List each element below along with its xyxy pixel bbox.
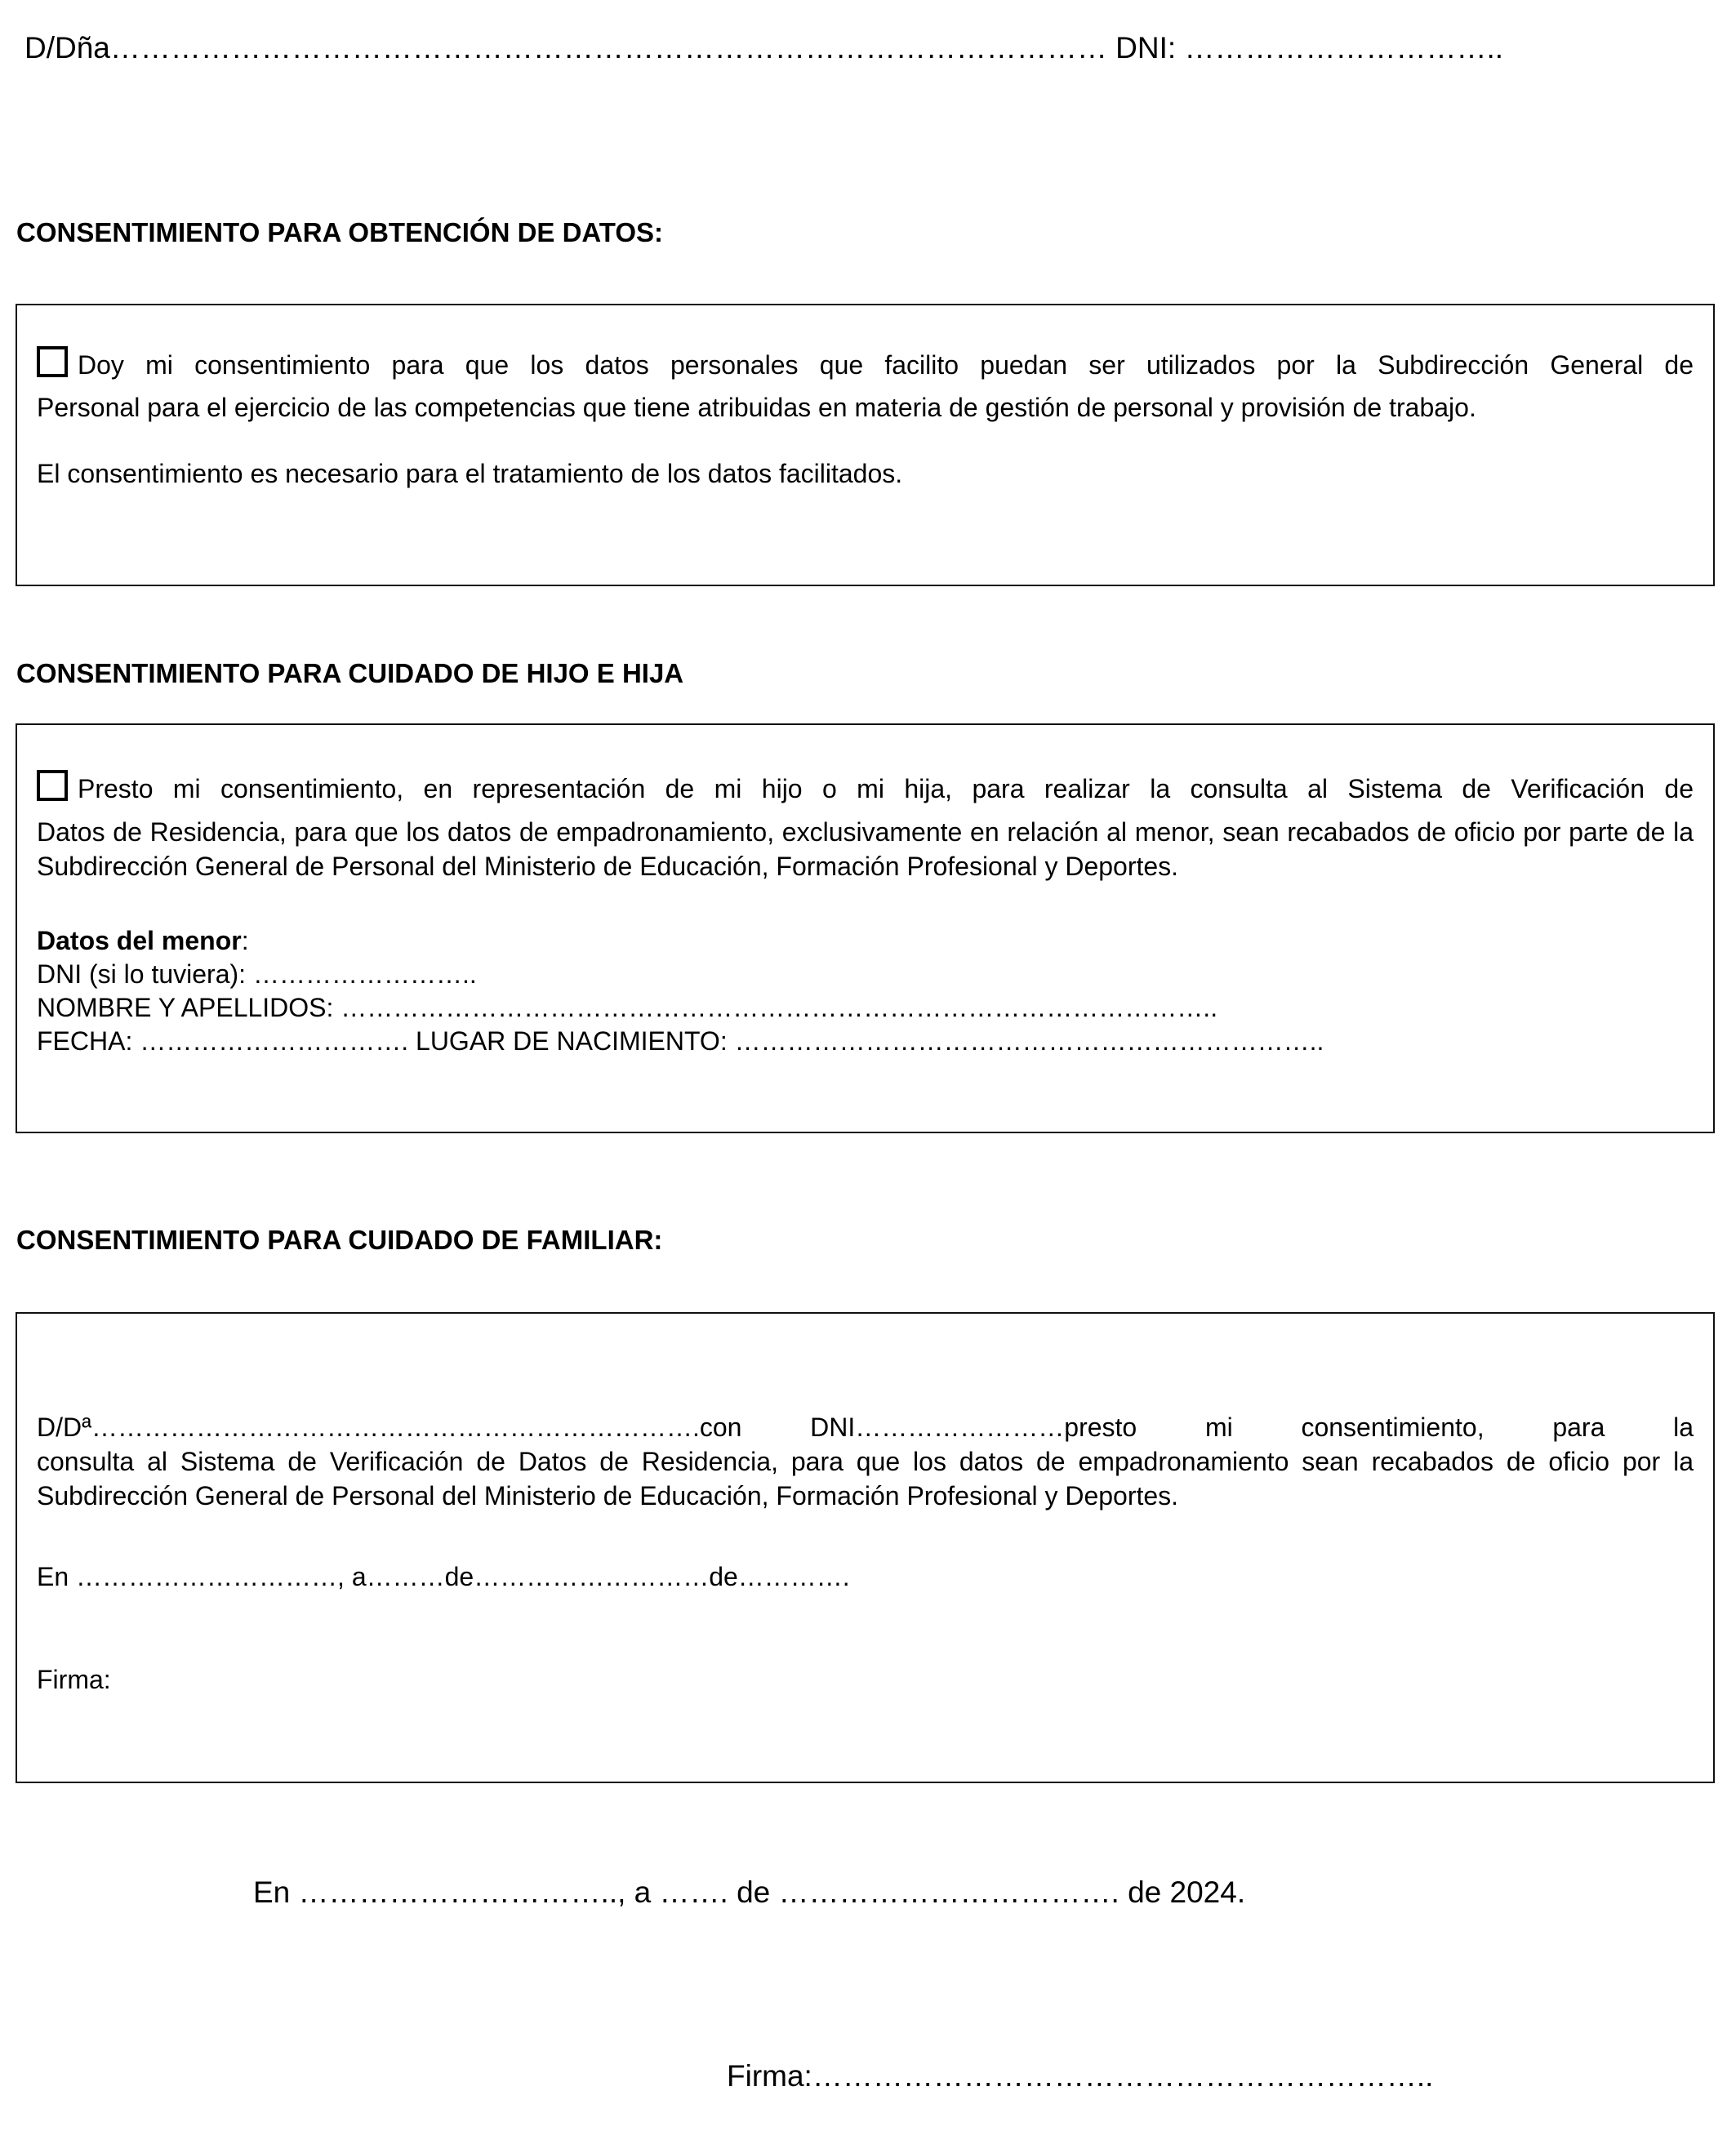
- data-consent-checkbox[interactable]: [37, 346, 68, 377]
- child-consent-line1: Presto mi consentimiento, en representac…: [37, 770, 1694, 807]
- child-consent-text-1: Presto mi consentimiento, en representac…: [78, 774, 1694, 803]
- data-consent-text-1: Doy mi consentimiento para que los datos…: [78, 350, 1694, 380]
- family-care-box: D/Dª…………………………………………………………….con DNI………………: [16, 1312, 1715, 1783]
- dni-label: DNI:: [1115, 31, 1176, 65]
- child-consent-checkbox[interactable]: [37, 770, 68, 801]
- family-consent-line1[interactable]: D/Dª…………………………………………………………….con DNI………………: [37, 1410, 1694, 1444]
- child-care-box: Presto mi consentimiento, en representac…: [16, 723, 1715, 1133]
- section-title-data-consent: CONSENTIMIENTO PARA OBTENCIÓN DE DATOS:: [16, 217, 663, 248]
- family-signature-label: Firma:: [37, 1663, 1694, 1697]
- name-label: D/Dña: [24, 31, 110, 65]
- minor-heading: Datos del menor:: [37, 924, 1694, 958]
- section-title-child-care: CONSENTIMIENTO PARA CUIDADO DE HIJO E HI…: [16, 658, 683, 689]
- family-consent-text: consulta al Sistema de Verificación de D…: [37, 1444, 1694, 1513]
- applicant-line: D/Dña……………………………………………………………………………………… D…: [24, 31, 1503, 65]
- minor-data: Datos del menor: DNI (si lo tuviera): ………: [37, 924, 1694, 1058]
- dni-field[interactable]: …………………………..: [1176, 31, 1503, 65]
- minor-dni-field[interactable]: DNI (si lo tuviera): ……………………..: [37, 958, 1694, 991]
- data-consent-box: Doy mi consentimiento para que los datos…: [16, 304, 1715, 586]
- name-field[interactable]: ………………………………………………………………………………………: [110, 31, 1107, 65]
- minor-name-field[interactable]: NOMBRE Y APELLIDOS: ………………………………………………………: [37, 991, 1694, 1025]
- child-consent-text-2: Datos de Residencia, para que los datos …: [37, 815, 1694, 883]
- data-consent-line1: Doy mi consentimiento para que los datos…: [37, 346, 1694, 383]
- data-consent-text-2: Personal para el ejercicio de las compet…: [37, 391, 1694, 425]
- data-consent-note: El consentimiento es necesario para el t…: [37, 457, 1694, 492]
- family-place-date-field[interactable]: En …………………………, a………de………………………de………….: [37, 1560, 1694, 1595]
- section-title-family-care: CONSENTIMIENTO PARA CUIDADO DE FAMILIAR:: [16, 1225, 662, 1256]
- minor-heading-label: Datos del menor: [37, 926, 242, 955]
- footer-signature[interactable]: Firma:……………………………………………………..: [727, 2059, 1433, 2093]
- minor-heading-colon: :: [242, 926, 249, 955]
- minor-date-place-field[interactable]: FECHA: …………………………. LUGAR DE NACIMIENTO: …: [37, 1025, 1694, 1058]
- footer-place-date[interactable]: En ………………………….., a ……. de ……………………………. d…: [253, 1875, 1245, 1910]
